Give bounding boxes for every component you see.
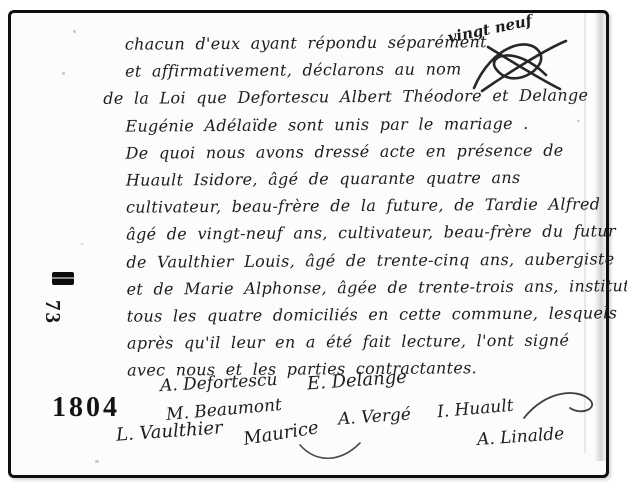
- scanned-register-page: 73 1804 chacun d'eux ayant répondu sépar…: [0, 0, 627, 487]
- act-text-line: de Vaulthier Louis, âgé de trente-cinq a…: [126, 245, 608, 276]
- act-text-line: cultivateur, beau-frère de la future, de…: [126, 191, 608, 222]
- signature-flourish: [296, 437, 366, 467]
- act-text-line: Eugénie Adélaïde sont unis par le mariag…: [125, 109, 607, 140]
- act-text-line: et de Marie Alphonse, âgée de trente-tro…: [126, 272, 608, 303]
- paper-speck: [62, 72, 65, 75]
- paper-speck: [577, 120, 580, 122]
- margin-act-number: 73: [40, 300, 65, 325]
- paper-speck: [73, 30, 76, 33]
- margin-stamp-bar: [52, 272, 74, 285]
- year-label: 1804: [52, 392, 120, 424]
- ink-scribble: [468, 33, 580, 97]
- paper-speck: [80, 243, 84, 245]
- act-text-line: après qu'il leur en a été fait lecture, …: [127, 327, 609, 358]
- act-text-line: tous les quatre domiciliés en cette comm…: [127, 299, 609, 330]
- paper-speck: [95, 460, 99, 463]
- signature-flourish: [520, 386, 606, 430]
- act-text-line: âgé de vingt-neuf ans, cultivateur, beau…: [126, 218, 608, 249]
- act-text-line: De quoi nous avons dressé acte en présen…: [126, 136, 608, 167]
- act-text-line: Huault Isidore, âgé de quarante quatre a…: [126, 163, 608, 194]
